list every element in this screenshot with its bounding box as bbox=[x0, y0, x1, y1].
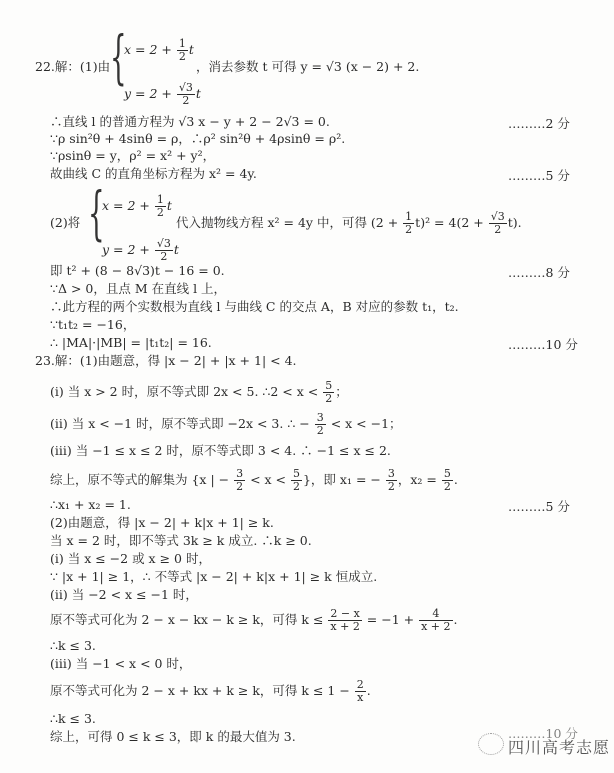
p22-product-line: ∵t₁t₂ = −16， bbox=[50, 317, 135, 333]
system-row-y: y = 2 + √32t bbox=[102, 238, 179, 263]
p23-p2-case-ii-result: ∴k ≤ 3. bbox=[50, 638, 96, 654]
p23-p2-case-ii: (ii) 当 −2 < x ≤ −1 时， bbox=[50, 587, 198, 603]
p22-result-line: ∴ |MA|·|MB| = |t₁t₂| = 16. bbox=[50, 335, 212, 351]
p22-quadratic-eq: 即 t² + (8 − 8√3)t − 16 = 0. bbox=[50, 263, 225, 279]
p23-part2-header: (2)由题意，得 |x − 2| + k|x + 1| ≥ k. bbox=[50, 515, 274, 531]
score-marker: ………8 分 bbox=[508, 263, 570, 281]
score-marker: ………10 分 bbox=[508, 335, 578, 353]
p22-polar-line-1: ∵ρ sin²θ + 4sinθ = ρ，∴ρ² sin²θ + 4ρsinθ … bbox=[50, 131, 345, 147]
p22-part2-prefix: (2)将 bbox=[50, 215, 80, 231]
p23-p2-case-iii: (iii) 当 −1 < x < 0 时， bbox=[50, 656, 191, 672]
score-marker: ………2 分 bbox=[508, 114, 570, 132]
system-row-x: x = 2 + 12t bbox=[102, 194, 172, 219]
system-row-y: y = 2 + √32t bbox=[124, 82, 201, 107]
wechat-logo-icon bbox=[478, 733, 504, 755]
p23-conclusion: 综上，可得 0 ≤ k ≤ 3，即 k 的最大值为 3. bbox=[50, 729, 296, 745]
p23-p2-case-i: (i) 当 x ≤ −2 或 x ≥ 0 时， bbox=[50, 551, 211, 567]
p22-header: 22.解：(1)由 bbox=[35, 59, 110, 75]
p22-delta-line: ∵Δ > 0，且点 M 在直线 l 上， bbox=[50, 281, 226, 297]
p22-polar-line-2: ∵ρsinθ = y，ρ² = x² + y²， bbox=[50, 148, 215, 164]
p23-header: 23.解：(1)由题意，得 |x − 2| + |x + 1| < 4. bbox=[35, 353, 297, 369]
p23-case-i: (i) 当 x > 2 时，原不等式即 2x < 5. ∴2 < x < 52； bbox=[50, 378, 348, 406]
p23-case-iii: (iii) 当 −1 ≤ x ≤ 2 时，原不等式即 3 < 4. ∴ −1 ≤… bbox=[50, 443, 391, 459]
watermark-text: 四川高考志愿 bbox=[508, 735, 610, 758]
p23-sum-line: ∴x₁ + x₂ = 1. bbox=[50, 497, 131, 513]
p22-curve-eq: 故曲线 C 的直角坐标方程为 x² = 4y. bbox=[50, 166, 257, 182]
p22-substitution: 代入抛物线方程 x² = 4y 中，可得 (2 + 12t)² = 4(2 + … bbox=[176, 209, 522, 237]
p23-p2-case-iii-result: ∴k ≤ 3. bbox=[50, 711, 96, 727]
p23-p2-case-i-reason: ∵ |x + 1| ≥ 1，∴ 不等式 |x − 2| + k|x + 1| ≥… bbox=[50, 569, 377, 585]
p23-case-ii: (ii) 当 x < −1 时，原不等式即 −2x < 3. ∴ − 32 < … bbox=[50, 410, 402, 438]
p23-x2-line: 当 x = 2 时，即不等式 3k ≥ k 成立. ∴k ≥ 0. bbox=[50, 533, 312, 549]
p23-summary: 综上，原不等式的解集为 {x | − 32 < x < 52}，即 x₁ = −… bbox=[50, 466, 458, 494]
score-marker: ………5 分 bbox=[508, 497, 570, 515]
p23-p2-case-iii-eq: 原不等式可化为 2 − x + kx + k ≥ k，可得 k ≤ 1 − 2x… bbox=[50, 677, 371, 705]
p23-p2-case-ii-eq: 原不等式可化为 2 − x − kx − k ≥ k，可得 k ≤ 2 − xx… bbox=[50, 606, 458, 634]
system-row-x: x = 2 + 12t bbox=[124, 38, 194, 63]
p22-line-normal-eq: ∴直线 l 的普通方程为 √3 x − y + 2 − 2√3 = 0. bbox=[50, 114, 330, 130]
p22-roots-line: ∴此方程的两个实数根为直线 l 与曲线 C 的交点 A，B 对应的参数 t₁，t… bbox=[50, 299, 459, 315]
p22-eliminate-param: ，消去参数 t 可得 y = √3 (x − 2) + 2. bbox=[196, 59, 419, 75]
score-marker: ………5 分 bbox=[508, 166, 570, 184]
